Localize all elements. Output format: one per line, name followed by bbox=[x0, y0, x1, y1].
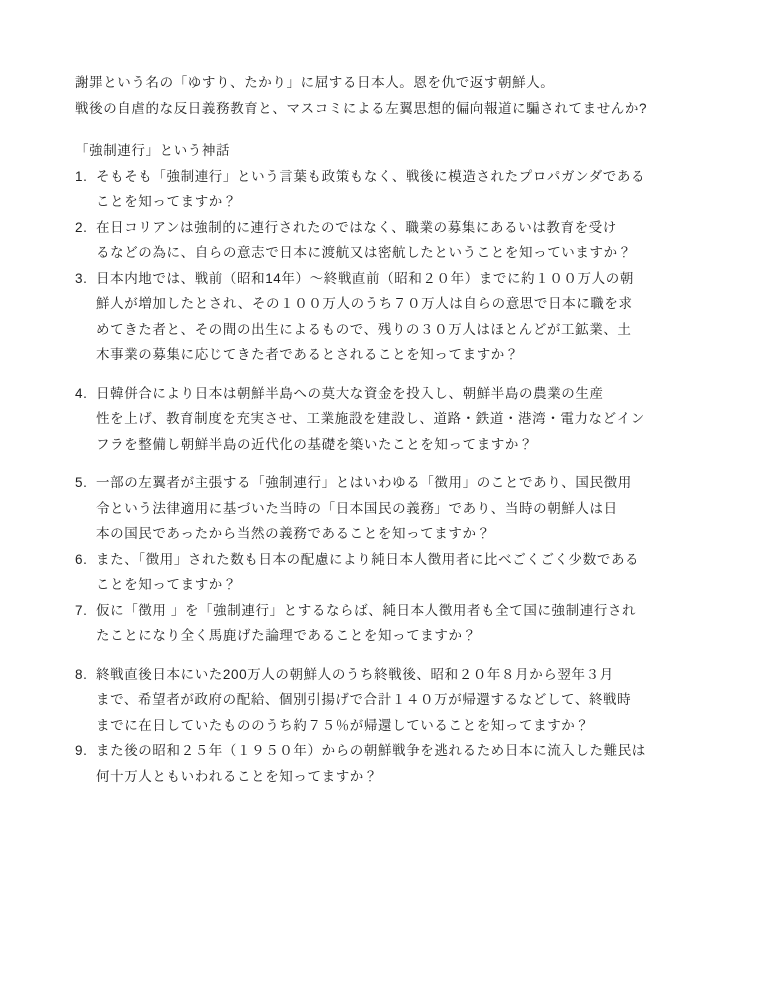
document-content: 謝罪という名の「ゆすり、たかり」に屈する日本人。恩を仇で返す朝鮮人。 戦後の自虐… bbox=[75, 70, 723, 789]
item-line: たことになり全く馬鹿げた論理であることを知ってますか？ bbox=[96, 623, 723, 649]
list-item: 1. そもそも「強制連行」という言葉も政策もなく、戦後に模造されたプロパガンダで… bbox=[75, 164, 723, 215]
item-line: また後の昭和２５年（１９５０年）からの朝鮮戦争を逃れるため日本に流入した難民は bbox=[96, 738, 723, 764]
item-line: 終戦直後日本にいた200万人の朝鮮人のうち終戦後、昭和２０年８月から翌年３月 bbox=[96, 662, 723, 688]
item-line: また、「徴用」された数も日本の配慮により純日本人徴用者に比べごくごく少数である bbox=[96, 547, 723, 573]
item-text: 日韓併合により日本は朝鮮半島への莫大な資金を投入し、朝鮮半島の農業の生産性を上げ… bbox=[96, 381, 723, 458]
item-text: 終戦直後日本にいた200万人の朝鮮人のうち終戦後、昭和２０年８月から翌年３月まで… bbox=[96, 662, 723, 739]
list-item: 9. また後の昭和２５年（１９５０年）からの朝鮮戦争を逃れるため日本に流入した難… bbox=[75, 738, 723, 789]
document-page: 謝罪という名の「ゆすり、たかり」に屈する日本人。恩を仇で返す朝鮮人。 戦後の自虐… bbox=[0, 0, 768, 994]
item-number: 7. bbox=[75, 598, 87, 624]
item-line: ことを知ってますか？ bbox=[96, 189, 723, 215]
item-line: 日本内地では、戦前（昭和14年）～終戦直前（昭和２０年）までに約１００万人の朝 bbox=[96, 266, 723, 292]
item-number: 4. bbox=[75, 381, 87, 407]
item-text: 在日コリアンは強制的に連行されたのではなく、職業の募集にあるいは教育を受けるなど… bbox=[96, 215, 723, 266]
item-line: 一部の左翼者が主張する「強制連行」とはいわゆる「徴用」のことであり、国民徴用 bbox=[96, 470, 723, 496]
intro-line-1: 謝罪という名の「ゆすり、たかり」に屈する日本人。恩を仇で返す朝鮮人。 bbox=[75, 70, 723, 96]
item-line: 令という法律適用に基づいた当時の「日本国民の義務」であり、当時の朝鮮人は日 bbox=[96, 496, 723, 522]
item-text: また後の昭和２５年（１９５０年）からの朝鮮戦争を逃れるため日本に流入した難民は何… bbox=[96, 738, 723, 789]
list-item: 7. 仮に「徴用 」を「強制連行」とするならば、純日本人徴用者も全て国に強制連行… bbox=[75, 598, 723, 649]
item-line: 鮮人が増加したとされ、その１００万人のうち７０万人は自らの意思で日本に職を求 bbox=[96, 291, 723, 317]
item-line: 木事業の募集に応じてきた者であるとされることを知ってますか？ bbox=[96, 342, 723, 368]
section-heading: 「強制連行」という神話 bbox=[75, 138, 723, 164]
item-number: 5. bbox=[75, 470, 87, 496]
item-line: そもそも「強制連行」という言葉も政策もなく、戦後に模造されたプロパガンダである bbox=[96, 164, 723, 190]
list-item: 3. 日本内地では、戦前（昭和14年）～終戦直前（昭和２０年）までに約１００万人… bbox=[75, 266, 723, 368]
item-number: 9. bbox=[75, 738, 87, 764]
list-item: 4. 日韓併合により日本は朝鮮半島への莫大な資金を投入し、朝鮮半島の農業の生産性… bbox=[75, 381, 723, 458]
item-number: 6. bbox=[75, 547, 87, 573]
item-number: 3. bbox=[75, 266, 87, 292]
item-line: 日韓併合により日本は朝鮮半島への莫大な資金を投入し、朝鮮半島の農業の生産 bbox=[96, 381, 723, 407]
item-line: 仮に「徴用 」を「強制連行」とするならば、純日本人徴用者も全て国に強制連行され bbox=[96, 598, 723, 624]
list-item: 2. 在日コリアンは強制的に連行されたのではなく、職業の募集にあるいは教育を受け… bbox=[75, 215, 723, 266]
item-line: 在日コリアンは強制的に連行されたのではなく、職業の募集にあるいは教育を受け bbox=[96, 215, 723, 241]
item-text: また、「徴用」された数も日本の配慮により純日本人徴用者に比べごくごく少数であるこ… bbox=[96, 547, 723, 598]
list-item: 6. また、「徴用」された数も日本の配慮により純日本人徴用者に比べごくごく少数で… bbox=[75, 547, 723, 598]
item-line: ことを知ってますか？ bbox=[96, 572, 723, 598]
item-line: まで、希望者が政府の配給、個別引揚げで合計１４０万が帰還するなどして、終戦時 bbox=[96, 687, 723, 713]
intro-line-2: 戦後の自虐的な反日義務教育と、マスコミによる左翼思想的偏向報道に騙されてませんか… bbox=[75, 96, 723, 122]
item-text: 仮に「徴用 」を「強制連行」とするならば、純日本人徴用者も全て国に強制連行された… bbox=[96, 598, 723, 649]
item-line: 何十万人ともいわれることを知ってますか？ bbox=[96, 764, 723, 790]
list-item: 8. 終戦直後日本にいた200万人の朝鮮人のうち終戦後、昭和２０年８月から翌年３… bbox=[75, 662, 723, 739]
item-line: めてきた者と、その間の出生によるもので、残りの３０万人はほとんどが工鉱業、土 bbox=[96, 317, 723, 343]
numbered-list: 1. そもそも「強制連行」という言葉も政策もなく、戦後に模造されたプロパガンダで… bbox=[75, 164, 723, 790]
item-line: フラを整備し朝鮮半島の近代化の基礎を築いたことを知ってますか？ bbox=[96, 432, 723, 458]
item-text: そもそも「強制連行」という言葉も政策もなく、戦後に模造されたプロパガンダであるこ… bbox=[96, 164, 723, 215]
list-item: 5. 一部の左翼者が主張する「強制連行」とはいわゆる「徴用」のことであり、国民徴… bbox=[75, 470, 723, 547]
item-line: 性を上げ、教育制度を充実させ、工業施設を建設し、道路・鉄道・港湾・電力などイン bbox=[96, 406, 723, 432]
item-line: までに在日していたもののうち約７５％が帰還していることを知ってますか？ bbox=[96, 713, 723, 739]
item-line: るなどの為に、自らの意志で日本に渡航又は密航したということを知っていますか？ bbox=[96, 240, 723, 266]
item-number: 2. bbox=[75, 215, 87, 241]
item-number: 1. bbox=[75, 164, 87, 190]
item-number: 8. bbox=[75, 662, 87, 688]
item-text: 一部の左翼者が主張する「強制連行」とはいわゆる「徴用」のことであり、国民徴用令と… bbox=[96, 470, 723, 547]
item-line: 本の国民であったから当然の義務であることを知ってますか？ bbox=[96, 521, 723, 547]
item-text: 日本内地では、戦前（昭和14年）～終戦直前（昭和２０年）までに約１００万人の朝鮮… bbox=[96, 266, 723, 368]
